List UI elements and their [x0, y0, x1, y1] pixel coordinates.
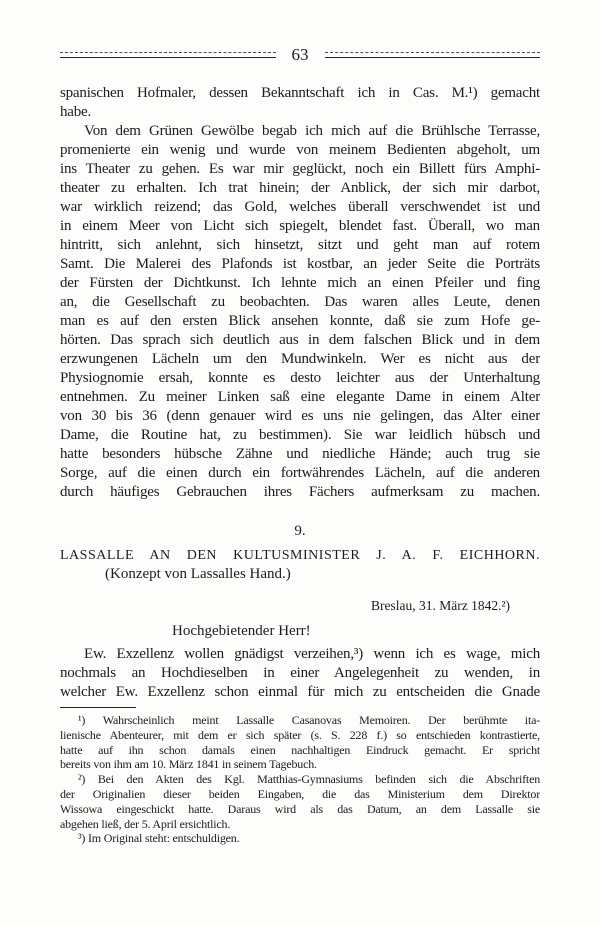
section-title: LASSALLE AN DEN KULTUSMINISTER J. A. F. …: [60, 546, 540, 565]
text-line: habe.: [60, 103, 540, 122]
text-line: hatte besonders hübsche Zähne und niedli…: [60, 445, 540, 464]
text-line: ³) Im Original steht: entschuldigen.: [60, 831, 540, 846]
page-number: 63: [276, 46, 325, 64]
text-line: man es auf den ersten Blick ansehen konn…: [60, 312, 540, 331]
footnote-3: ³) Im Original steht: entschuldigen.: [60, 831, 540, 846]
paragraph-theater: Von dem Grünen Gewölbe begab ich mich au…: [60, 122, 540, 502]
text-line: ¹) Wahrscheinlich meint Lassalle Casanov…: [60, 713, 540, 728]
footnote-1: ¹) Wahrscheinlich meint Lassalle Casanov…: [60, 713, 540, 772]
text-line: an, die Gesellschaft zu beobachten. Das …: [60, 293, 540, 312]
body-text: spanischen Hofmaler, dessen Bekanntschaf…: [60, 84, 540, 502]
text-line: nochmals an Hochdieselben in einer Angel…: [60, 664, 540, 683]
head-rule-left: [60, 52, 276, 58]
paragraph-letter: Ew. Exzellenz wollen gnädigst verzeihen,…: [60, 645, 540, 702]
text-line: Von dem Grünen Gewölbe begab ich mich au…: [60, 122, 540, 141]
footnotes: ¹) Wahrscheinlich meint Lassalle Casanov…: [60, 713, 540, 846]
footnote-separator: [60, 707, 136, 708]
text-line: erzwungenen Lächeln um den Mundwinkeln. …: [60, 350, 540, 369]
text-line: spanischen Hofmaler, dessen Bekanntschaf…: [60, 84, 540, 103]
book-page: 63 spanischen Hofmaler, dessen Bekanntsc…: [0, 0, 600, 926]
text-line: der Fürsten der Dichtkunst. Ich lehnte m…: [60, 274, 540, 293]
paragraph-continuation: spanischen Hofmaler, dessen Bekanntschaf…: [60, 84, 540, 122]
text-line: der Originalien dieser beiden Eingaben, …: [60, 787, 540, 802]
text-line: von 30 bis 36 (denn genauer wird es uns …: [60, 407, 540, 426]
text-line: Physiognomie ersah, konnte es desto leic…: [60, 369, 540, 388]
text-line: hintritt, sich anlehnt, sich hinsetzt, s…: [60, 236, 540, 255]
text-line: war wirklich reizend; das Gold, welches …: [60, 198, 540, 217]
running-head: 63: [60, 46, 540, 64]
text-line: Wissowa eingeschickt hatte. Daraus wird …: [60, 802, 540, 817]
section-number: 9.: [60, 522, 540, 541]
head-rule-right: [325, 52, 541, 58]
text-line: hörten. Das sprach sich deutlich aus in …: [60, 331, 540, 350]
footnote-2: ²) Bei den Akten des Kgl. Matthias-Gymna…: [60, 772, 540, 831]
text-line: Dame, die Routine hat, zu bestimmen). Si…: [60, 426, 540, 445]
text-line: welcher Ew. Exzellenz schon einmal für m…: [60, 683, 540, 702]
text-line: entnehmen. Zu meiner Linken saß eine ele…: [60, 388, 540, 407]
text-line: lienische Abenteurer, mit dem er sich sp…: [60, 728, 540, 743]
text-line: Sorge, auf die einen durch ein fortwähre…: [60, 464, 540, 483]
text-line: in einem Meer von Licht sich spiegelt, b…: [60, 217, 540, 236]
letter-body: Ew. Exzellenz wollen gnädigst verzeihen,…: [60, 645, 540, 702]
text-line: theater zu erhalten. Ich trat hinein; de…: [60, 179, 540, 198]
text-line: hatte auf ihn schon damals einen nachhal…: [60, 743, 540, 758]
salutation: Hochgebietender Herr!: [60, 622, 540, 641]
text-line: bereits von ihm am 10. März 1841 in sein…: [60, 757, 540, 772]
text-line: ins Theater zu gehen. Es war mir geglück…: [60, 160, 540, 179]
section-subtitle: (Konzept von Lassalles Hand.): [60, 565, 540, 584]
text-line: Samt. Die Malerei des Plafonds ist kostb…: [60, 255, 540, 274]
text-line: durch häufiges Gebrauchen ihres Fächers …: [60, 483, 540, 502]
dateline: Breslau, 31. März 1842.²): [60, 597, 540, 614]
text-line: Ew. Exzellenz wollen gnädigst verzeihen,…: [60, 645, 540, 664]
text-line: abgehen ließ, der 5. April ersichtlich.: [60, 817, 540, 832]
text-line: promenierte ein wenig und wurde von mein…: [60, 141, 540, 160]
text-line: ²) Bei den Akten des Kgl. Matthias-Gymna…: [60, 772, 540, 787]
